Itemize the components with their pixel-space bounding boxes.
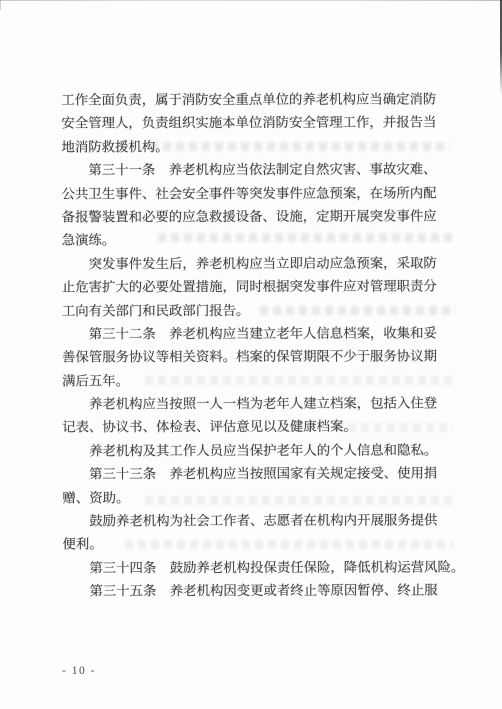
body-line: 工作全面负责，属于消防安全重点单位的养老机构应当确定消防	[61, 88, 441, 112]
body-line: 工向有关部门和民政部门报告。	[62, 298, 442, 322]
body-line: 赠、资助。	[62, 485, 442, 509]
body-line: 养老机构及其工作人员应当保护老年人的个人信息和隐私。	[62, 438, 442, 462]
page-number: - 10 -	[62, 665, 96, 677]
article-31-heading-line: 第三十一条 养老机构应当依法制定自然灾害、事故灾难、	[62, 158, 442, 182]
body-line: 记表、协议书、体检表、评估意见以及健康档案。	[62, 415, 442, 439]
body-line: 安全管理人，负责组织实施本单位消防安全管理工作，并报告当	[61, 111, 441, 135]
scan-edge-left	[0, 0, 1, 10]
article-32-heading-line: 第三十二条 养老机构应当建立老年人信息档案，收集和妥	[62, 321, 442, 345]
body-line: 止危害扩大的必要处置措施，同时根据突发事件应对管理职责分	[62, 275, 442, 299]
article-33-heading-line: 第三十三条 养老机构应当按照国家有关规定接受、使用捐	[62, 462, 442, 486]
document-body: 工作全面负责，属于消防安全重点单位的养老机构应当确定消防 安全管理人，负责组织实…	[61, 88, 442, 604]
body-line: 地消防救援机构。	[61, 134, 441, 158]
body-line: 急演练。	[62, 228, 442, 252]
body-line: 养老机构应当按照一人一档为老年人建立档案，包括入住登	[62, 392, 442, 416]
body-line: 公共卫生事件、社会安全事件等突发事件应急预案，在场所内配	[62, 181, 442, 205]
body-line: 备报警装置和必要的应急救援设备、设施，定期开展突发事件应	[62, 204, 442, 228]
body-line: 鼓励养老机构为社会工作者、志愿者在机构内开展服务提供	[62, 509, 442, 533]
article-35-heading-line: 第三十五条 养老机构因变更或者终止等原因暂停、终止服	[63, 579, 443, 603]
body-line: 突发事件发生后，养老机构应当立即启动应急预案，采取防	[62, 251, 442, 275]
body-line: 善保管服务协议等相关资料。档案的保管期限不少于服务协议期	[62, 345, 442, 369]
document-page: 工作全面负责，属于消防安全重点单位的养老机构应当确定消防 安全管理人，负责组织实…	[0, 0, 502, 709]
article-34-heading-line: 第三十四条 鼓励养老机构投保责任保险，降低机构运营风险。	[63, 555, 443, 579]
scan-edge-top	[0, 0, 502, 1]
body-line: 便利。	[62, 532, 442, 556]
body-line: 满后五年。	[62, 368, 442, 392]
